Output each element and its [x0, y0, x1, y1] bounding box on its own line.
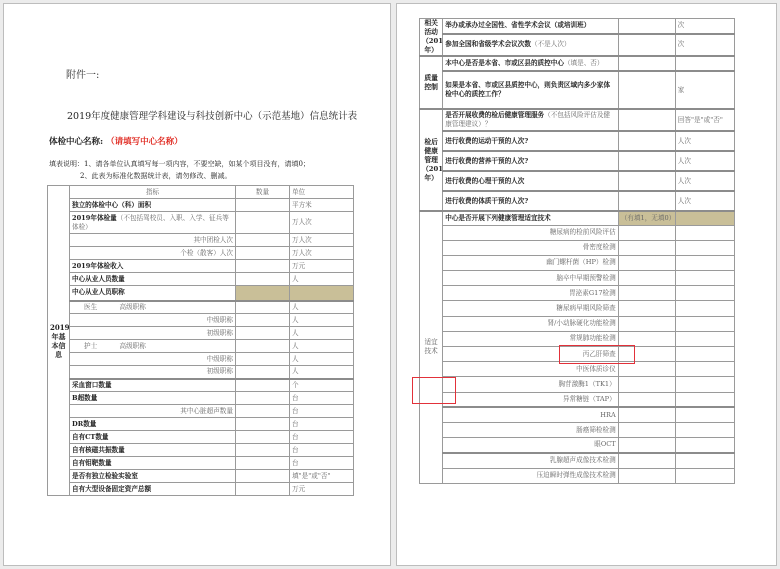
- center-name-line: 体检中心名称: （请填写中心名称）: [49, 135, 183, 147]
- quantity-input-cell[interactable]: [618, 191, 675, 211]
- tech-unit-cell: [675, 225, 734, 240]
- attachment-label: 附件一:: [66, 66, 99, 81]
- quantity-input-cell[interactable]: [236, 301, 290, 314]
- staff-group-label: 医生: [70, 301, 118, 314]
- activity-quality-tech-table: 相关活动（2019年）举办或承办过全国性、省性学术会议（或培训班）次参加全国和省…: [419, 18, 735, 484]
- quantity-input-cell[interactable]: [236, 340, 290, 353]
- table-row: 中心从业人员职称: [48, 286, 354, 301]
- indicator-label: 自有钼靶数量: [70, 457, 236, 470]
- indicator-label: 进行收费的心理干预的人次: [443, 171, 618, 191]
- quantity-input-cell[interactable]: [236, 431, 290, 444]
- indicator-text: 进行收费的体质干预的人次?: [445, 197, 528, 205]
- indicator-label: DR数量: [70, 418, 236, 431]
- quantity-input-cell[interactable]: [236, 379, 290, 392]
- tech-availability-input[interactable]: [618, 301, 675, 316]
- tech-availability-input[interactable]: [618, 240, 675, 255]
- tech-item-label: 骨密度检测: [443, 240, 618, 255]
- indicator-text: 本中心是否是本省、市或区县的质控中心: [445, 59, 564, 67]
- indicator-label: 中级职称: [70, 353, 236, 366]
- indicator-label: 高级职称: [118, 340, 236, 353]
- unit-cell: 人: [290, 366, 354, 379]
- section-category-cell: 适宜技术: [420, 211, 443, 483]
- quantity-input-cell[interactable]: [236, 457, 290, 470]
- quantity-input-cell[interactable]: [236, 418, 290, 431]
- tech-item-row: 幽门螺杆菌（HP）检测: [420, 255, 735, 270]
- unit-cell: [675, 56, 734, 71]
- indicator-text: 进行收费的心理干预的人次: [445, 177, 524, 185]
- unit-cell: 台: [290, 444, 354, 457]
- tech-unit-cell: [675, 468, 734, 483]
- table-row: 如果是本省、市或区县质控中心，则负责区域内多少家体检中心的质控工作？家: [420, 71, 735, 109]
- unit-cell: 万元: [290, 260, 354, 273]
- tech-item-row: 压迫瞬时弹性成像技术检测: [420, 468, 735, 483]
- highlight-box-diabetes-screening: [559, 345, 635, 364]
- quantity-input-cell[interactable]: [236, 199, 290, 212]
- unit-cell: 人: [290, 273, 354, 286]
- table-row: B超数量台: [48, 392, 354, 405]
- table-row: 其中团检人次万人次: [48, 234, 354, 247]
- unit-cell: 人: [290, 314, 354, 327]
- quantity-input-cell[interactable]: [618, 109, 675, 131]
- indicator-text: 进行收费的营养干预的人次?: [445, 157, 528, 165]
- quantity-input-cell[interactable]: [236, 247, 290, 260]
- tech-availability-input[interactable]: [618, 468, 675, 483]
- document-page-left: 附件一: 2019年度健康管理学科建设与科技创新中心（示范基地）信息统计表 体检…: [3, 3, 391, 566]
- fill-instructions: 填表说明：1、请各单位认真填写每一项内容，不要空缺，如某个项目没有，请填0； 2…: [49, 158, 310, 182]
- unit-cell: [290, 286, 354, 301]
- unit-cell: 台: [290, 392, 354, 405]
- unit-cell: 家: [675, 71, 734, 109]
- indicator-label: 初级职称: [70, 366, 236, 379]
- table-row: 进行收费的体质干预的人次?人次: [420, 191, 735, 211]
- tech-item-label: 异常糖链（TAP）: [443, 392, 618, 407]
- tech-item-label: 肾/小动脉硬化功能检测: [443, 316, 618, 331]
- indicator-label: 2019年体检收入: [70, 260, 236, 273]
- unit-cell: 万人次: [290, 212, 354, 234]
- quantity-input-cell[interactable]: [236, 314, 290, 327]
- quantity-input-cell[interactable]: [618, 151, 675, 171]
- indicator-label: 是否开展收费的检后健康管理服务（不包括风险评估及健康管理建议）？: [443, 109, 618, 131]
- quantity-input-cell[interactable]: [236, 366, 290, 379]
- indicator-label: 中心从业人员职称: [70, 286, 236, 301]
- table-row: 医生高级职称人: [48, 301, 354, 314]
- basic-info-table: 2019年基本信息指标数量单位独立的体检中心（科）面积平方米2019年体检量（不…: [47, 185, 354, 496]
- center-name-label: 体检中心名称:: [49, 137, 103, 147]
- quantity-input-cell[interactable]: [236, 212, 290, 234]
- indicator-text: 如果是本省、市或区县质控中心，则负责区域内多少家体检中心的质控工作？: [445, 81, 610, 98]
- table-row: 进行收费的运动干预的人次?人次: [420, 131, 735, 151]
- unit-cell: 台: [290, 405, 354, 418]
- document-title: 2019年度健康管理学科建设与科技创新中心（示范基地）信息统计表: [67, 108, 357, 122]
- tech-item-label: 眼OCT: [443, 438, 618, 453]
- category-cell: 2019年基本信息: [48, 186, 70, 496]
- indicator-label: 个检（散客）人次: [70, 247, 236, 260]
- tech-unit-cell: [675, 347, 734, 362]
- table-row: 独立的体检中心（科）面积平方米: [48, 199, 354, 212]
- table-row: 进行收费的心理干预的人次人次: [420, 171, 735, 191]
- tech-unit-cell: [675, 286, 734, 301]
- indicator-label: 其中心脏超声数量: [70, 405, 236, 418]
- tech-item-label: 胸苷激酶1（TK1）: [443, 377, 618, 392]
- quantity-input-cell[interactable]: [618, 34, 675, 57]
- table-row: 个检（散客）人次万人次: [48, 247, 354, 260]
- indicator-note: （填是、否）: [564, 59, 604, 67]
- tech-availability-input[interactable]: [618, 392, 675, 407]
- tech-availability-input[interactable]: [618, 407, 675, 422]
- table-row: 自有CT数量台: [48, 431, 354, 444]
- unit-cell: 回答"是"或"否": [675, 109, 734, 131]
- quantity-input-cell[interactable]: [236, 273, 290, 286]
- unit-cell: 人: [290, 327, 354, 340]
- tech-item-label: HRA: [443, 407, 618, 422]
- section-category-text: 适宜技术: [425, 338, 438, 355]
- tech-unit-cell: [675, 392, 734, 407]
- indicator-label: 自有大型设备固定资产总额: [70, 483, 236, 496]
- tech-unit-cell: [675, 255, 734, 270]
- quantity-input-cell[interactable]: [236, 483, 290, 496]
- tech-header-label: 中心是否开展下列健康管理适宜技术: [443, 211, 618, 225]
- table-row: 相关活动（2019年）举办或承办过全国性、省性学术会议（或培训班）次: [420, 19, 735, 34]
- quantity-input-cell[interactable]: [236, 260, 290, 273]
- unit-cell: 次: [675, 34, 734, 57]
- instruction-1: 填表说明：1、请各单位认真填写每一项内容，不要空缺，如某个项目没有，请填0；: [49, 158, 310, 170]
- table-row: 中级职称人: [48, 314, 354, 327]
- quantity-input-cell[interactable]: [618, 171, 675, 191]
- indicator-label: B超数量: [70, 392, 236, 405]
- indicator-text: 进行收费的运动干预的人次?: [445, 137, 528, 145]
- indicator-label: 进行收费的体质干预的人次?: [443, 191, 618, 211]
- section-category-cell: 质量控制: [420, 56, 443, 109]
- indicator-label: 初级职称: [70, 327, 236, 340]
- tech-item-row: 异常糖链（TAP）: [420, 392, 735, 407]
- tech-item-label: 肠癌筛检检测: [443, 422, 618, 437]
- unit-cell: 个: [290, 379, 354, 392]
- staff-group-label: 护士: [70, 340, 118, 353]
- table-row: 采血窗口数量个: [48, 379, 354, 392]
- tech-unit-cell: [675, 407, 734, 422]
- tech-unit-cell: [675, 453, 734, 468]
- tech-availability-input[interactable]: [618, 255, 675, 270]
- table-row: 中级职称人: [48, 353, 354, 366]
- unit-cell: 台: [290, 431, 354, 444]
- instruction-2: 2、此表为标准化数据统计表，请勿修改、删减。: [49, 170, 310, 182]
- table-row: 2019年体检量（不包括驾校员、入职、入学、征兵等体检）万人次: [48, 212, 354, 234]
- highlight-box-appropriate-tech: [412, 377, 456, 404]
- tech-unit-cell: [675, 301, 734, 316]
- tech-unit-cell: [675, 316, 734, 331]
- unit-cell: 人次: [675, 151, 734, 171]
- unit-cell: 万人次: [290, 247, 354, 260]
- indicator-label: 独立的体检中心（科）面积: [70, 199, 236, 212]
- tech-availability-input[interactable]: [618, 271, 675, 286]
- indicator-label: 进行收费的运动干预的人次?: [443, 131, 618, 151]
- indicator-label: 自有CT数量: [70, 431, 236, 444]
- unit-cell: 次: [675, 19, 734, 34]
- table-row: 2019年体检收入万元: [48, 260, 354, 273]
- tech-item-label: 糖尿病的检前风险评估: [443, 225, 618, 240]
- table-row: DR数量台: [48, 418, 354, 431]
- document-page-right: 相关活动（2019年）举办或承办过全国性、省性学术会议（或培训班）次参加全国和省…: [396, 3, 777, 566]
- table-row: 初级职称人: [48, 366, 354, 379]
- tech-item-row: 乳腺超声成像技术检测: [420, 453, 735, 468]
- tech-item-row: 骨密度检测: [420, 240, 735, 255]
- indicator-label: 中心从业人员数量: [70, 273, 236, 286]
- unit-cell: 人: [290, 340, 354, 353]
- table-row: 自有钼靶数量台: [48, 457, 354, 470]
- tech-item-row: 肠癌筛检检测: [420, 422, 735, 437]
- indicator-label: 进行收费的营养干预的人次?: [443, 151, 618, 171]
- indicator-text: 参加全国和省级学术会议次数: [445, 40, 531, 48]
- tech-item-row: 肾/小动脉硬化功能检测: [420, 316, 735, 331]
- table-row: 护士高级职称人: [48, 340, 354, 353]
- tech-unit-cell: [675, 362, 734, 377]
- tech-unit-cell: [675, 438, 734, 453]
- indicator-label: 中级职称: [70, 314, 236, 327]
- quantity-input-cell[interactable]: [236, 405, 290, 418]
- indicator-label: 高级职称: [118, 301, 236, 314]
- indicator-label: 参加全国和省级学术会议次数（不是人次）: [443, 34, 618, 57]
- tech-unit-cell: [675, 331, 734, 346]
- indicator-label: 本中心是否是本省、市或区县的质控中心（填是、否）: [443, 56, 618, 71]
- section-category-cell: 检后健康管理（2019年）: [420, 109, 443, 211]
- table-row: 质量控制本中心是否是本省、市或区县的质控中心（填是、否）: [420, 56, 735, 71]
- tech-availability-input[interactable]: [618, 422, 675, 437]
- tech-item-row: 眼OCT: [420, 438, 735, 453]
- tech-unit-cell: [675, 211, 734, 225]
- tech-availability-input[interactable]: [618, 453, 675, 468]
- tech-item-label: 胃泌素G17检测: [443, 286, 618, 301]
- indicator-label: 举办或承办过全国性、省性学术会议（或培训班）: [443, 19, 618, 34]
- tech-item-row: 糖尿病早期风险筛查: [420, 301, 735, 316]
- tech-item-row: 胸苷激酶1（TK1）: [420, 377, 735, 392]
- quantity-input-cell[interactable]: [618, 71, 675, 109]
- table-row: 是否有独立检验实验室填"是"或"否": [48, 470, 354, 483]
- tech-item-label: 幽门螺杆菌（HP）检测: [443, 255, 618, 270]
- indicator-text: 2019年体检量: [72, 214, 117, 222]
- table-row: 初级职称人: [48, 327, 354, 340]
- tech-item-row: 胃泌素G17检测: [420, 286, 735, 301]
- center-name-placeholder[interactable]: （请填写中心名称）: [106, 137, 183, 147]
- quantity-input-cell[interactable]: [236, 286, 290, 301]
- unit-cell: 台: [290, 418, 354, 431]
- header-quantity: 数量: [236, 186, 290, 199]
- unit-cell: 人: [290, 353, 354, 366]
- header-indicator: 指标: [70, 186, 236, 199]
- tech-availability-input[interactable]: [618, 438, 675, 453]
- unit-cell: 人次: [675, 191, 734, 211]
- tech-quantity-hint: （有填1，无填0）: [618, 211, 675, 225]
- indicator-text: 是否开展收费的检后健康管理服务: [445, 111, 544, 119]
- tech-item-row: HRA: [420, 407, 735, 422]
- tech-item-row: 脑卒中早期预警检测: [420, 271, 735, 286]
- table-row: 参加全国和省级学术会议次数（不是人次）次: [420, 34, 735, 57]
- quantity-input-cell[interactable]: [618, 56, 675, 71]
- unit-cell: 填"是"或"否": [290, 470, 354, 483]
- indicator-label: 是否有独立检验实验室: [70, 470, 236, 483]
- unit-cell: 人: [290, 301, 354, 314]
- unit-cell: 万元: [290, 483, 354, 496]
- table-row: 自有核磁共振数量台: [48, 444, 354, 457]
- tech-item-label: 乳腺超声成像技术检测: [443, 453, 618, 468]
- table-row: 检后健康管理（2019年）是否开展收费的检后健康管理服务（不包括风险评估及健康管…: [420, 109, 735, 131]
- unit-cell: 万人次: [290, 234, 354, 247]
- tech-item-label: 糖尿病早期风险筛查: [443, 301, 618, 316]
- unit-cell: 人次: [675, 171, 734, 191]
- tech-availability-input[interactable]: [618, 225, 675, 240]
- tech-item-label: 脑卒中早期预警检测: [443, 271, 618, 286]
- tech-unit-cell: [675, 377, 734, 392]
- quantity-input-cell[interactable]: [618, 19, 675, 34]
- quantity-input-cell[interactable]: [618, 131, 675, 151]
- indicator-label: 2019年体检量（不包括驾校员、入职、入学、征兵等体检）: [70, 212, 236, 234]
- quantity-input-cell[interactable]: [236, 234, 290, 247]
- tech-unit-cell: [675, 271, 734, 286]
- indicator-label: 采血窗口数量: [70, 379, 236, 392]
- tech-availability-input[interactable]: [618, 377, 675, 392]
- tech-unit-cell: [675, 240, 734, 255]
- indicator-text: 举办或承办过全国性、省性学术会议（或培训班）: [445, 21, 590, 29]
- unit-cell: 平方米: [290, 199, 354, 212]
- table-header-row: 2019年基本信息指标数量单位: [48, 186, 354, 199]
- table-row: 其中心脏超声数量台: [48, 405, 354, 418]
- quantity-input-cell[interactable]: [236, 392, 290, 405]
- tech-availability-input[interactable]: [618, 316, 675, 331]
- quantity-input-cell[interactable]: [236, 353, 290, 366]
- indicator-label: 其中团检人次: [70, 234, 236, 247]
- tech-header-row: 适宜技术中心是否开展下列健康管理适宜技术（有填1，无填0）: [420, 211, 735, 225]
- quantity-input-cell[interactable]: [236, 470, 290, 483]
- tech-item-label: 压迫瞬时弹性成像技术检测: [443, 468, 618, 483]
- unit-cell: 人次: [675, 131, 734, 151]
- indicator-label: 如果是本省、市或区县质控中心，则负责区域内多少家体检中心的质控工作？: [443, 71, 618, 109]
- table-row: 进行收费的营养干预的人次?人次: [420, 151, 735, 171]
- tech-availability-input[interactable]: [618, 286, 675, 301]
- quantity-input-cell[interactable]: [236, 444, 290, 457]
- quantity-input-cell[interactable]: [236, 327, 290, 340]
- tech-unit-cell: [675, 422, 734, 437]
- unit-cell: 台: [290, 457, 354, 470]
- table-row: 中心从业人员数量人: [48, 273, 354, 286]
- indicator-label: 自有核磁共振数量: [70, 444, 236, 457]
- table-row: 自有大型设备固定资产总额万元: [48, 483, 354, 496]
- indicator-note: （不是人次）: [531, 40, 571, 48]
- tech-item-row: 糖尿病的检前风险评估: [420, 225, 735, 240]
- header-unit: 单位: [290, 186, 354, 199]
- section-category-cell: 相关活动（2019年）: [420, 19, 443, 57]
